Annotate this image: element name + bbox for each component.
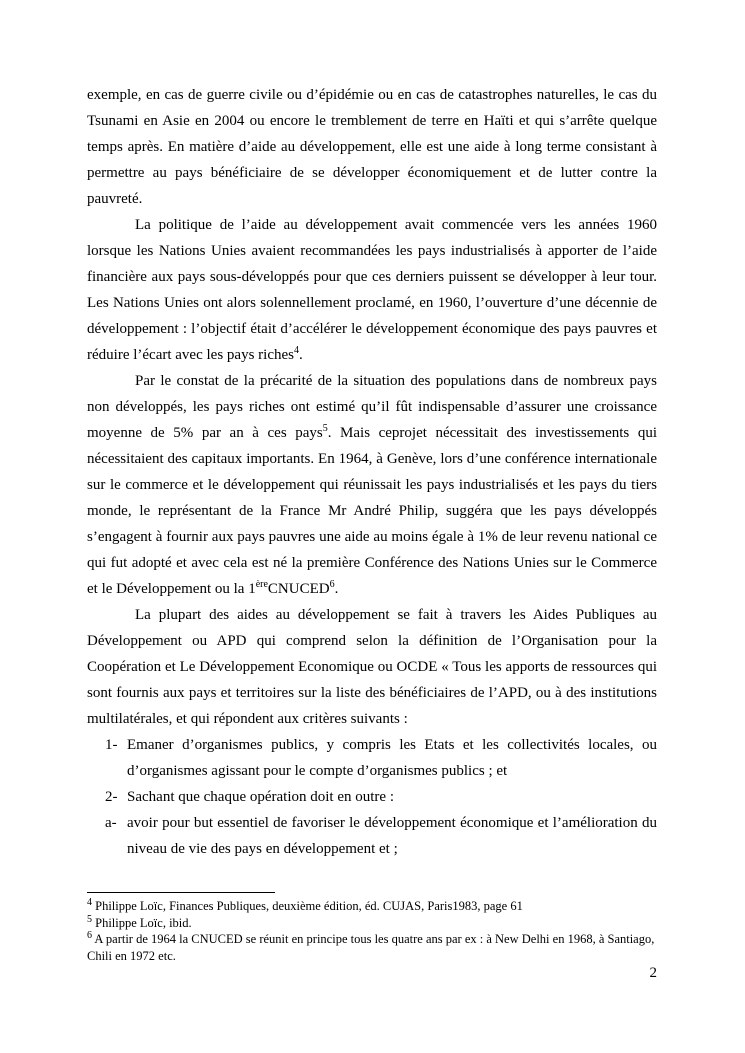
text-run: . Mais ceprojet nécessitait des investis… — [87, 425, 657, 597]
list-item: a-avoir pour but essentiel de favoriser … — [87, 810, 657, 862]
paragraph: Par le constat de la précarité de la sit… — [87, 368, 657, 602]
footnotes: 4 Philippe Loïc, Finances Publiques, deu… — [87, 898, 665, 964]
list-marker: 1- — [105, 732, 118, 758]
text-run: avoir pour but essentiel de favoriser le… — [127, 815, 657, 857]
document-page: exemple, en cas de guerre civile ou d’ép… — [0, 0, 745, 1053]
footnote: 6 A partir de 1964 la CNUCED se réunit e… — [87, 931, 665, 964]
paragraph: exemple, en cas de guerre civile ou d’ép… — [87, 82, 657, 212]
footnote: 4 Philippe Loïc, Finances Publiques, deu… — [87, 898, 665, 915]
text-run: La politique de l’aide au développement … — [87, 217, 657, 363]
text-run: La plupart des aides au développement se… — [87, 607, 657, 727]
footnote-text: Philippe Loïc, Finances Publiques, deuxi… — [92, 899, 523, 913]
footnote-area: 4 Philippe Loïc, Finances Publiques, deu… — [87, 892, 665, 964]
footnote: 5 Philippe Loïc, ibid. — [87, 915, 665, 932]
text-run: . — [299, 347, 303, 363]
list-item: 2-Sachant que chaque opération doit en o… — [87, 784, 657, 810]
footnote-separator — [87, 892, 275, 893]
footnote-text: A partir de 1964 la CNUCED se réunit en … — [87, 932, 654, 963]
text-run: Sachant que chaque opération doit en out… — [127, 789, 394, 805]
list-marker: a- — [105, 810, 117, 836]
text-run: . — [335, 581, 339, 597]
text-run: CNUCED — [268, 581, 330, 597]
list-item: 1-Emaner d’organismes publics, y compris… — [87, 732, 657, 784]
list-marker: 2- — [105, 784, 118, 810]
text-run: Emaner d’organismes publics, y compris l… — [127, 737, 657, 779]
body-text: exemple, en cas de guerre civile ou d’ép… — [87, 82, 657, 862]
paragraph: La politique de l’aide au développement … — [87, 212, 657, 368]
paragraph: La plupart des aides au développement se… — [87, 602, 657, 732]
superscript-reference: ère — [256, 579, 268, 590]
text-run: exemple, en cas de guerre civile ou d’ép… — [87, 87, 657, 207]
footnote-text: Philippe Loïc, ibid. — [92, 916, 192, 930]
page-number: 2 — [650, 963, 658, 983]
